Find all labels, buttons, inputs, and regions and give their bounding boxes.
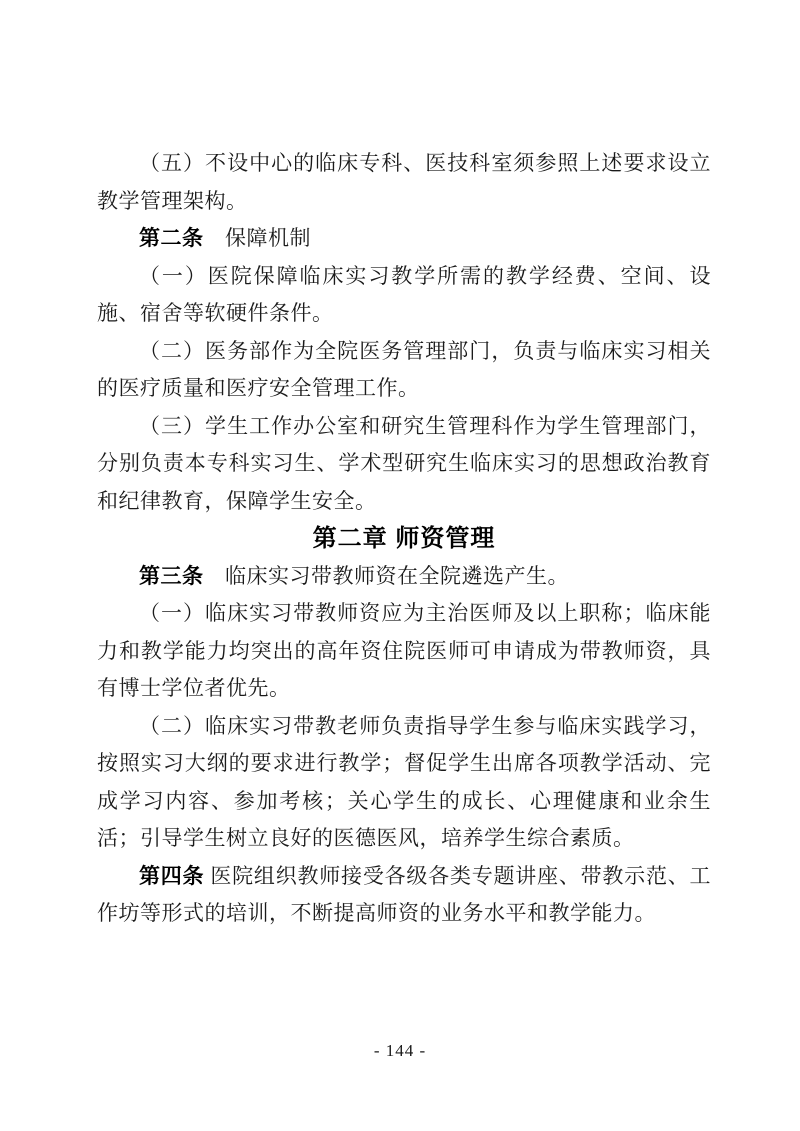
paragraph: （一）医院保障临床实习教学所需的教学经费、空间、设施、宿舍等软硬件条件。	[97, 258, 711, 333]
paragraph: （三）学生工作办公室和研究生管理科作为学生管理部门，分别负责本专科实习生、学术型…	[97, 408, 711, 521]
paragraph-text: （三）学生工作办公室和研究生管理科作为学生管理部门，分别负责本专科实习生、学术型…	[97, 414, 711, 513]
article-number: 第四条	[139, 865, 204, 888]
paragraph: （二）临床实习带教老师负责指导学生参与临床实践学习，按照实习大纲的要求进行教学；…	[97, 708, 711, 858]
document-page: （五）不设中心的临床专科、医技科室须参照上述要求设立教学管理架构。 第二条 保障…	[0, 0, 800, 1131]
article-number: 第二条	[139, 227, 204, 250]
article-number: 第三条	[139, 565, 204, 588]
paragraph-text: （一）医院保障临床实习教学所需的教学经费、空间、设施、宿舍等软硬件条件。	[97, 264, 711, 326]
paragraph-text: （二）医务部作为全院医务管理部门，负责与临床实习相关的医疗质量和医疗安全管理工作…	[97, 339, 711, 401]
chapter-heading: 第二章 师资管理	[97, 520, 711, 558]
document-body: （五）不设中心的临床专科、医技科室须参照上述要求设立教学管理架构。 第二条 保障…	[97, 145, 711, 933]
paragraph-text: （二）临床实习带教老师负责指导学生参与临床实践学习，按照实习大纲的要求进行教学；…	[97, 714, 711, 851]
paragraph-text: 保障机制	[204, 226, 312, 250]
page-number: - 144 -	[0, 1041, 800, 1061]
paragraph-text: （一）临床实习带教师资应为主治医师及以上职称；临床能力和教学能力均突出的高年资住…	[97, 601, 711, 700]
paragraph-text: （五）不设中心的临床专科、医技科室须参照上述要求设立教学管理架构。	[97, 151, 711, 213]
paragraph: 第三条 临床实习带教师资在全院遴选产生。	[97, 558, 711, 596]
paragraph: 第二条 保障机制	[97, 220, 711, 258]
paragraph: 第四条 医院组织教师接受各级各类专题讲座、带教示范、工作坊等形式的培训，不断提高…	[97, 858, 711, 933]
paragraph: （一）临床实习带教师资应为主治医师及以上职称；临床能力和教学能力均突出的高年资住…	[97, 595, 711, 708]
paragraph-text: 临床实习带教师资在全院遴选产生。	[204, 564, 570, 588]
paragraph: （二）医务部作为全院医务管理部门，负责与临床实习相关的医疗质量和医疗安全管理工作…	[97, 333, 711, 408]
paragraph: （五）不设中心的临床专科、医技科室须参照上述要求设立教学管理架构。	[97, 145, 711, 220]
